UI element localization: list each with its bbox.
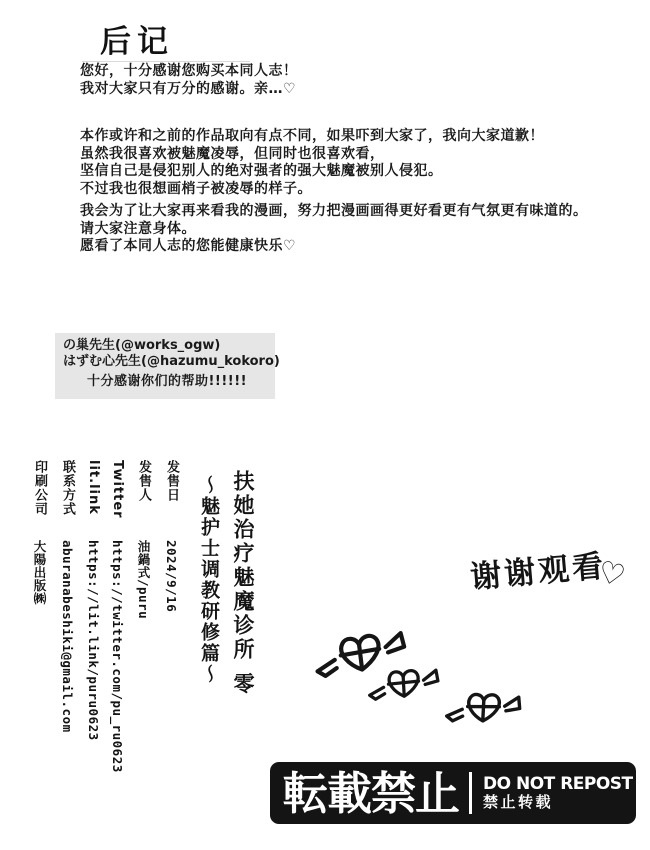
text-line: 您好，十分感谢您购买本同人志！: [80, 63, 298, 81]
pub-label: lit.link: [86, 460, 101, 540]
pub-row-contact: 联系方式aburanabeshiki@gmail.com: [58, 460, 77, 765]
text-line: 请大家注意身体。: [80, 221, 588, 239]
pub-row-twitter: Twitterhttps://twitter.com/pu_ru0623: [110, 460, 125, 765]
credits-box: の巢先生(@works_ogw) はずむ心先生(@hazumu_kokoro) …: [55, 333, 275, 399]
pub-label: 联系方式: [58, 460, 77, 540]
afterword-paragraph-2: 本作或许和之前的作品取向有点不同，如果吓到大家了，我向大家道歉！ 虽然我很喜欢被…: [80, 128, 544, 198]
banner-text-japanese: 転載禁止: [283, 771, 459, 816]
page-title: 后记: [100, 16, 174, 61]
pub-value-twitter-url: https://twitter.com/pu_ru0623: [110, 540, 125, 773]
text-line: 虽然我很喜欢被魅魔凌辱，但同时也很喜欢看，: [80, 146, 544, 164]
pub-row-litlink: lit.linkhttps://lit.link/puru0623: [86, 460, 101, 765]
winged-heart-doodle: [363, 662, 444, 703]
pub-row-release-date: 发售日2024/9/16: [162, 460, 181, 765]
banner-divider: [469, 772, 472, 814]
credit-line: はずむ心先生(@hazumu_kokoro): [63, 354, 275, 370]
text-line: 不过我也很想画梢子被凌辱的样子。: [80, 181, 544, 199]
text-line: 愿看了本同人志的您能健康快乐♡: [80, 238, 588, 256]
pub-value: 2024/9/16: [164, 540, 179, 612]
text-line: 我会为了让大家再来看我的漫画，努力把漫画画得更好看更有气氛更有味道的。: [80, 203, 588, 221]
text-line: 本作或许和之前的作品取向有点不同，如果吓到大家了，我向大家道歉！: [80, 128, 544, 146]
pub-value-email: aburanabeshiki@gmail.com: [60, 540, 75, 733]
credits-thanks-line: 十分感谢你们的帮助!!!!!!: [87, 374, 275, 390]
pub-label: 印刷公司: [30, 460, 49, 540]
pub-value-litlink-url: https://lit.link/puru0623: [86, 540, 101, 741]
afterword-paragraph-3: 我会为了让大家再来看我的漫画，努力把漫画画得更好看更有气氛更有味道的。 请大家注…: [80, 203, 588, 256]
title-underline: [82, 61, 250, 62]
banner-text-chinese: 禁止转载: [483, 794, 633, 811]
pub-row-publisher: 发售人油鍋式/puru: [134, 460, 153, 765]
banner-text-english: DO NOT REPOST: [483, 775, 633, 795]
pub-value-printer: 大陽出版㈱: [32, 540, 47, 605]
book-title-vertical: 扶她治疗魅魔诊所 零: [228, 470, 258, 765]
text-line: 坚信自己是侵犯别人的绝对强者的强大魅魔被别人侵犯。: [80, 163, 544, 181]
credit-line: の巢先生(@works_ogw): [63, 338, 275, 354]
publication-info: 扶她治疗魅魔诊所 零 ～魅护士调教研修篇～ 发售日2024/9/16 发售人油鍋…: [21, 460, 258, 765]
afterword-page: 后记 您好，十分感谢您购买本同人志！ 我对大家只有万分的感谢。亲…♡ 本作或许和…: [0, 0, 650, 850]
book-subtitle-vertical: ～魅护士调教研修篇～: [196, 475, 223, 765]
do-not-repost-banner: 転載禁止 DO NOT REPOST 禁止转载: [270, 762, 636, 824]
afterword-paragraph-1: 您好，十分感谢您购买本同人志！ 我对大家只有万分的感谢。亲…♡: [80, 63, 298, 98]
pub-label: Twitter: [110, 460, 125, 540]
text-line: 我对大家只有万分的感谢。亲…♡: [80, 81, 298, 99]
thanks-for-reading: 谢谢观看: [468, 540, 607, 597]
winged-heart-doodle: [441, 685, 526, 729]
pub-row-printer: 印刷公司大陽出版㈱: [30, 460, 49, 765]
banner-right-column: DO NOT REPOST 禁止转载: [483, 775, 633, 812]
pub-label: 发售人: [134, 460, 153, 540]
pub-value: 油鍋式/puru: [136, 540, 151, 619]
pub-label: 发售日: [162, 460, 181, 540]
